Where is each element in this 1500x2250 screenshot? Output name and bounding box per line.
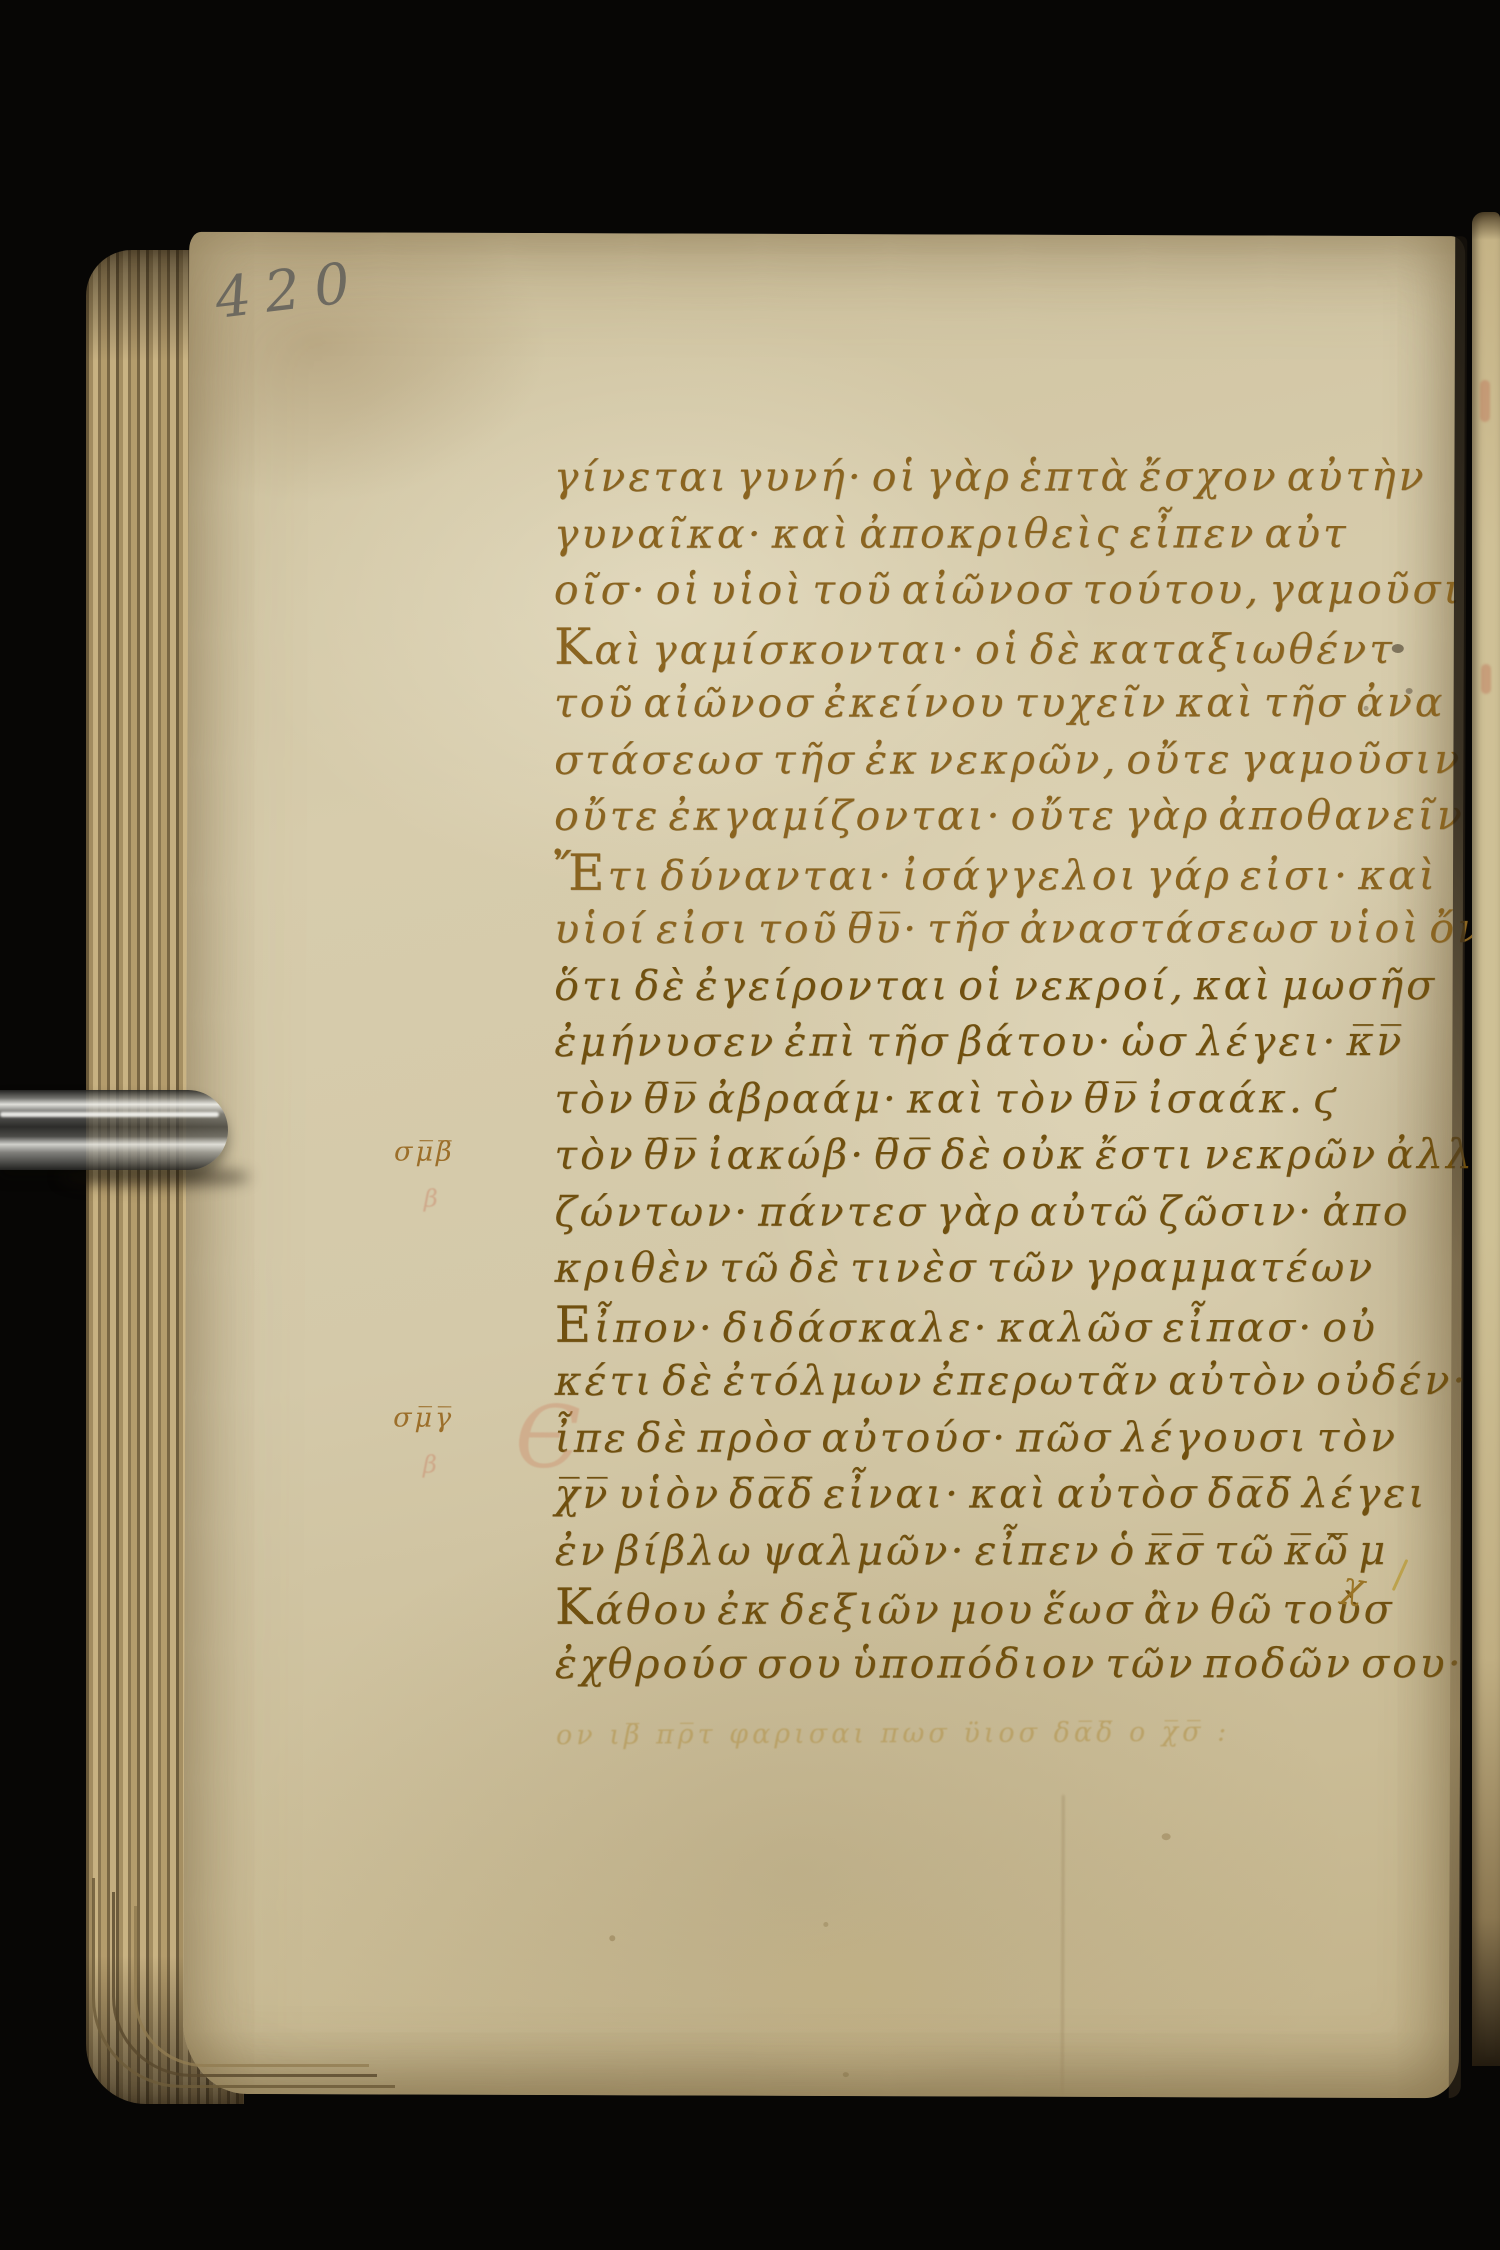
folio-number: 420	[212, 250, 368, 332]
manuscript-line: Κάθου ἐκ δεξιῶν μου ἕωσ ἂν θῶ τοὺσ	[555, 1578, 1385, 1635]
margin-chapter-number-242: σμ̅β̅	[394, 1136, 455, 1167]
manuscript-line: Ἔτι δύνανται· ἰσάγγελοι γάρ εἰσι· καὶ	[554, 844, 1384, 901]
manuscript-line: χ̅ν̅ υἱὸν δ̅α̅δ̅ εἶναι· καὶ αὐτὸσ δ̅α̅δ̅…	[555, 1465, 1385, 1522]
manuscript-line: κέτι δὲ ἐτόλμων ἐπερωτᾶν αὐτὸν οὐδέν·	[555, 1352, 1385, 1409]
text-block: γίνεται γυνή· οἱ γὰρ ἑπτὰ ἔσχον αὐτὴνγυν…	[554, 448, 1385, 1692]
manuscript-line: οὔτε ἐκγαμίζονται· οὔτε γὰρ ἀποθανεῖν	[554, 787, 1384, 844]
parchment-crease	[1061, 1795, 1065, 2095]
manuscript-line: ἶπε δὲ πρὸσ αὐτούσ· πῶσ λέγουσι τὸν	[555, 1409, 1385, 1466]
facing-page-faded-glyph	[1480, 380, 1490, 422]
manuscript-page: 420 γίνεται γυνή· οἱ γὰρ ἑπτὰ ἔσχον αὐτὴ…	[183, 232, 1465, 2098]
manuscript-line: γυναῖκα· καὶ ἀποκριθεὶς εἶπεν αὐτ	[554, 505, 1384, 562]
glass-rod-page-weight	[0, 1090, 228, 1170]
manuscript-line: τοῦ αἰῶνοσ ἐκείνου τυχεῖν καὶ τῆσ ἀνα	[554, 674, 1384, 731]
stray-fiber	[1392, 1559, 1409, 1591]
manuscript-line: στάσεωσ τῆσ ἐκ νεκρῶν, οὔτε γαμοῦσιν	[554, 731, 1384, 788]
stain	[1406, 688, 1413, 694]
margin-faded-mark: β	[424, 1185, 438, 1213]
manuscript-line: τὸν θ̅ν̅ ἰακώβ· θ̅σ̅ δὲ οὐκ ἔστι νεκρῶν …	[554, 1126, 1384, 1183]
margin-faded-mark: β	[423, 1451, 437, 1479]
facing-page-faded-glyph	[1481, 664, 1491, 694]
manuscript-line: ἐμήνυσεν ἐπὶ τῆσ βάτου· ὡσ λέγει· κ̅ν̅	[554, 1013, 1384, 1070]
manuscript-line: τὸν θ̅ν̅ ἀβραάμ· καὶ τὸν θ̅ν̅ ἰσαάκ. ϛ	[554, 1070, 1384, 1127]
manuscript-line: ζώντων· πάντεσ γὰρ αὐτῶ ζῶσιν· ἀπο	[554, 1183, 1384, 1240]
stain	[1392, 644, 1404, 653]
bottom-leaf-edge-arc	[134, 1906, 369, 2067]
manuscript-line: Καὶ γαμίσκονται· οἱ δὲ καταξιωθέντ	[554, 618, 1384, 675]
stain	[609, 1935, 615, 1941]
faded-initial-epsilon: Є	[515, 1395, 581, 1481]
manuscript-line: γίνεται γυνή· οἱ γὰρ ἑπτὰ ἔσχον αὐτὴν	[554, 448, 1384, 505]
manuscript-line: ἐν βίβλω ψαλμῶν· εἶπεν ὁ κ̅σ̅ τῶ κ̅ῶ̅ μ	[555, 1522, 1385, 1579]
facing-page-edge	[1472, 212, 1500, 2066]
manuscript-line: Εἶπον· διδάσκαλε· καλῶσ εἶπασ· οὐ	[555, 1296, 1385, 1353]
rubric-line: ον ιβ̅ πρ̅τ φαρισαι πωσ ϋιοσ δα̅δ̅ ο χ̅σ…	[556, 1716, 1230, 1751]
soft-stain	[703, 1884, 1024, 2095]
manuscript-line: κριθὲν τῶ δὲ τινὲσ τῶν γραμματέων	[554, 1239, 1384, 1296]
manuscript-line: οῖσ· οἱ υἱοὶ τοῦ αἰῶνοσ τούτου, γαμοῦσι	[554, 561, 1384, 618]
manuscript-line: υἱοί εἰσι τοῦ θ̅υ̅· τῆσ ἀναστάσεωσ υἱοὶ …	[554, 900, 1384, 957]
manuscript-photo: 420 γίνεται γυνή· οἱ γὰρ ἑπτὰ ἔσχον αὐτὴ…	[0, 0, 1500, 2250]
margin-chapter-number-243: σμ̅γ̅	[393, 1402, 454, 1433]
stain	[1364, 706, 1369, 711]
stain	[1162, 1833, 1171, 1840]
manuscript-line: ὅτι δὲ ἐγείρονται οἱ νεκροί, καὶ μωσῆσ	[554, 957, 1384, 1014]
manuscript-line: ἐχθρούσ σου ὑποπόδιον τῶν ποδῶν σου·	[555, 1635, 1385, 1692]
